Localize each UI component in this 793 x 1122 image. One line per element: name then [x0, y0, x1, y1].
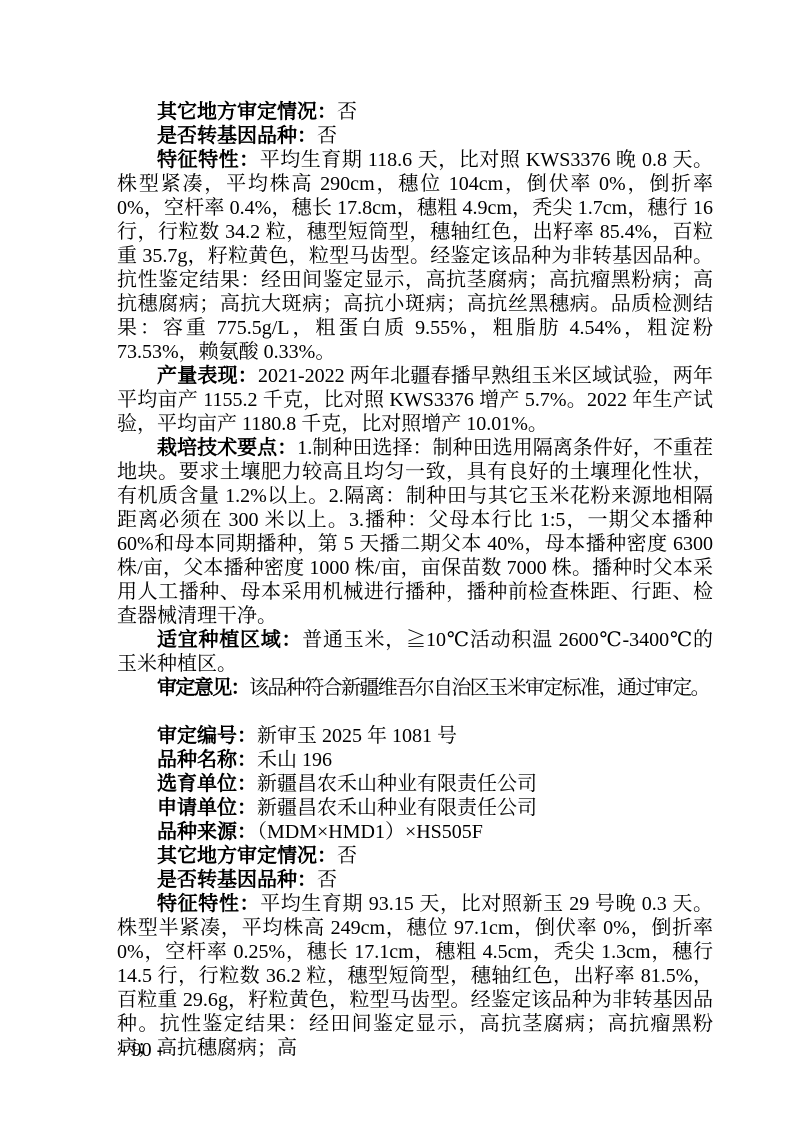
- field-value: 禾山 196: [257, 749, 332, 771]
- field-variety-name: 品种名称：禾山 196: [117, 748, 713, 772]
- field-other-place-approval-1: 其它地方审定情况：否: [117, 100, 713, 124]
- field-label: 品种名称：: [157, 749, 257, 771]
- section-label: 特征特性：: [157, 893, 260, 915]
- field-label: 是否转基因品种：: [157, 125, 317, 147]
- field-value: 新审玉 2025 年 1081 号: [257, 725, 457, 747]
- field-label: 品种来源：: [157, 821, 257, 843]
- field-label: 其它地方审定情况：: [157, 101, 337, 123]
- section-label: 产量表现：: [157, 365, 258, 387]
- blank-line: [117, 700, 713, 724]
- field-variety-source: 品种来源：（MDM×HMD1）×HS505F: [117, 820, 713, 844]
- field-value: 否: [337, 845, 357, 867]
- field-approval-number: 审定编号：新审玉 2025 年 1081 号: [117, 724, 713, 748]
- field-value: 否: [337, 101, 357, 123]
- section-label: 栽培技术要点：: [157, 437, 297, 459]
- field-value: 否: [317, 869, 337, 891]
- field-label: 申请单位：: [157, 797, 257, 819]
- field-gmo-status-2: 是否转基因品种：否: [117, 868, 713, 892]
- field-label: 审定编号：: [157, 725, 257, 747]
- field-value: 否: [317, 125, 337, 147]
- field-value: 新疆昌农禾山种业有限责任公司: [257, 797, 537, 819]
- section-label: 审定意见：: [157, 677, 249, 699]
- field-applicant-unit: 申请单位：新疆昌农禾山种业有限责任公司: [117, 796, 713, 820]
- section-suitable-planting-region: 适宜种植区域：普通玉米，≧10℃活动积温 2600℃-3400℃的玉米种植区。: [117, 628, 713, 676]
- field-label: 其它地方审定情况：: [157, 845, 337, 867]
- section-text: 平均生育期 93.15 天，比对照新玉 29 号晚 0.3 天。株型半紧凑，平均…: [117, 893, 713, 1059]
- section-characteristics-1: 特征特性：平均生育期 118.6 天，比对照 KWS3376 晚 0.8 天。株…: [117, 148, 713, 364]
- field-gmo-status-1: 是否转基因品种：否: [117, 124, 713, 148]
- field-label: 选育单位：: [157, 773, 257, 795]
- section-text: 平均生育期 118.6 天，比对照 KWS3376 晚 0.8 天。株型紧凑，平…: [117, 149, 713, 363]
- document-page: 其它地方审定情况：否 是否转基因品种：否 特征特性：平均生育期 118.6 天，…: [0, 0, 793, 1122]
- section-label: 特征特性：: [157, 149, 260, 171]
- field-value: （MDM×HMD1）×HS505F: [257, 821, 483, 843]
- section-text: 1.制种田选择：制种田选用隔离条件好，不重茬地块。要求土壤肥力较高且均匀一致，具…: [117, 437, 713, 627]
- field-label: 是否转基因品种：: [157, 869, 317, 891]
- field-value: 新疆昌农禾山种业有限责任公司: [257, 773, 537, 795]
- section-cultivation-techniques: 栽培技术要点：1.制种田选择：制种田选用隔离条件好，不重茬地块。要求土壤肥力较高…: [117, 436, 713, 628]
- section-label: 适宜种植区域：: [157, 629, 302, 651]
- field-other-place-approval-2: 其它地方审定情况：否: [117, 844, 713, 868]
- section-text: 该品种符合新疆维吾尔自治区玉米审定标准，通过审定。: [249, 677, 709, 699]
- document-body: 其它地方审定情况：否 是否转基因品种：否 特征特性：平均生育期 118.6 天，…: [117, 100, 713, 1060]
- section-yield-performance: 产量表现：2021-2022 两年北疆春播早熟组玉米区域试验，两年平均亩产 11…: [117, 364, 713, 436]
- field-breeding-unit: 选育单位：新疆昌农禾山种业有限责任公司: [117, 772, 713, 796]
- page-number: - 90 -: [120, 1038, 163, 1062]
- section-approval-opinion: 审定意见：该品种符合新疆维吾尔自治区玉米审定标准，通过审定。: [117, 676, 713, 700]
- section-characteristics-2: 特征特性：平均生育期 93.15 天，比对照新玉 29 号晚 0.3 天。株型半…: [117, 892, 713, 1060]
